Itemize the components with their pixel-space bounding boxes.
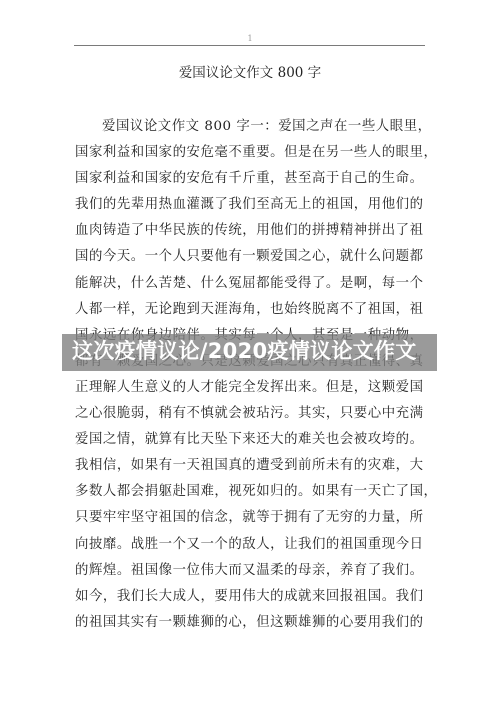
text-line: 爱国之情，就算有比天坠下来还大的难关也会被攻垮的。 <box>75 427 427 453</box>
page-number: 1 <box>246 34 254 44</box>
text-line: 我相信，如果有一天祖国真的遭受到前所未有的灾难，大 <box>75 453 427 479</box>
document-page: 1 爱国议论文作文 800 字 爱国议论文作文 800 字一：爱国之声在一些人眼… <box>0 0 500 706</box>
text-line: 如今，我们长大成人，要用伟大的成就来回报祖国。我们 <box>75 584 427 610</box>
text-line: 的辉煌。祖国像一位伟大而又温柔的母亲，养育了我们。 <box>75 558 427 584</box>
text-line: 我们的先辈用热血灌溉了我们至高无上的祖国，用他们的 <box>75 192 427 218</box>
body-paragraph: 爱国议论文作文 800 字一：爱国之声在一些人眼里， 国家利益和国家的安危毫不重… <box>75 114 427 636</box>
text-line: 血肉铸造了中华民族的传统，用他们的拼搏精神拼出了祖 <box>75 218 427 244</box>
text-line: 多数人都会捐躯赴国难，视死如归的。如果有一天亡了国， <box>75 479 427 505</box>
header-rule <box>74 45 425 46</box>
text-line: 国家利益和国家的安危毫不重要。但是在另一些人的眼里， <box>75 140 427 166</box>
text-line: 能解决，什么苦楚、什么冤屈都能受得了。是啊，每一个 <box>75 271 427 297</box>
text-line: 之心很脆弱，稍有不慎就会被玷污。其实，只要心中充满 <box>75 401 427 427</box>
text-line: 爱国议论文作文 800 字一：爱国之声在一些人眼里， <box>75 114 427 140</box>
text-line: 正理解人生意义的人才能完全发挥出来。但是，这颗爱国 <box>75 375 427 401</box>
document-title: 爱国议论文作文 800 字 <box>0 64 500 82</box>
text-line: 只要牢牢坚守祖国的信念，就等于拥有了无穷的力量，所 <box>75 505 427 531</box>
banner-title: 这次疫情议论/2020疫情议论文作文 <box>72 337 417 365</box>
text-line: 人都一样，无论跑到天涯海角，也始终脱离不了祖国，祖 <box>75 297 427 323</box>
text-line: 向披靡。战胜一个又一个的敌人，让我们的祖国重现今日 <box>75 532 427 558</box>
title-overlay-banner: 这次疫情议论/2020疫情议论文作文 <box>62 334 437 371</box>
text-line: 的祖国其实有一颗雄狮的心，但这颗雄狮的心要用我们的 <box>75 610 427 636</box>
text-line: 国的今天。一个人只要他有一颗爱国之心，就什么问题都 <box>75 244 427 270</box>
text-line: 国家利益和国家的安危有千斤重，甚至高于自己的生命。 <box>75 166 427 192</box>
